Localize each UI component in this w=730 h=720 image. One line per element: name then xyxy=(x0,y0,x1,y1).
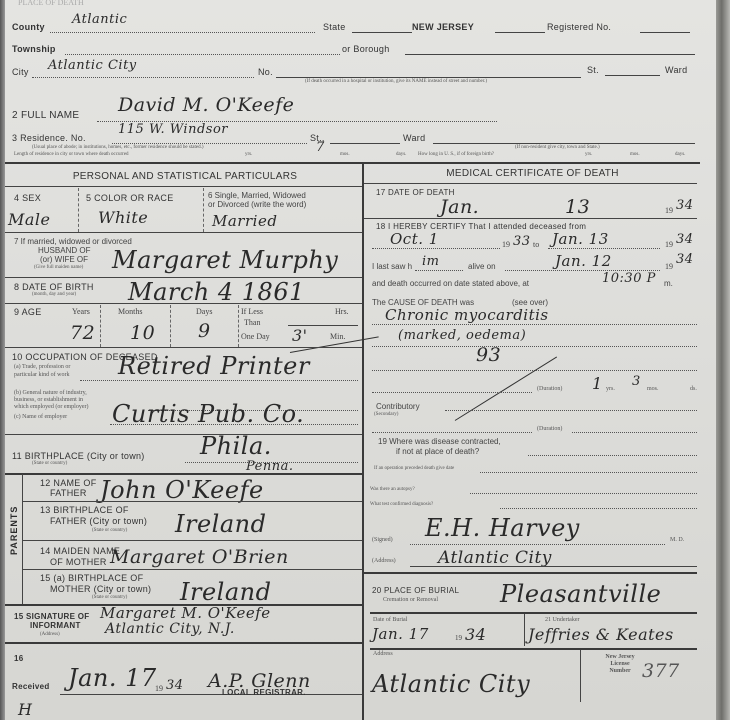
signed-label: (Signed) xyxy=(372,537,393,543)
duration-ds-label: ds. xyxy=(690,386,697,392)
township-label: Township xyxy=(12,44,56,54)
occ-c-value: Curtis Pub. Co. xyxy=(112,400,304,428)
father-bp-value: Ireland xyxy=(175,510,266,538)
duration-mos-label: mos. xyxy=(647,386,659,392)
registered-label: Registered No. xyxy=(547,22,611,32)
length-label: Length of residence in city or town wher… xyxy=(14,152,129,157)
marital-label-2: or Divorced (write the word) xyxy=(208,200,306,209)
burial-place-value: Pleasantville xyxy=(500,580,661,608)
medical-section-title: MEDICAL CERTIFICATE OF DEATH xyxy=(365,168,700,179)
nonresident-note: (If non-resident give city, town and Sta… xyxy=(515,145,600,150)
attended-from-line xyxy=(372,248,500,249)
burial-divider xyxy=(524,614,525,646)
dod-year-prefix: 19 xyxy=(665,206,673,215)
age-months-value: 10 xyxy=(130,322,155,344)
autopsy-line xyxy=(470,493,697,494)
contracted-label-1: 19 Where was disease contracted, xyxy=(378,437,501,446)
alive-on-value: Jan. 12 xyxy=(555,252,612,270)
city-line xyxy=(32,77,254,78)
cause-line-2-rule xyxy=(372,346,697,347)
residence-ward-line xyxy=(433,143,695,144)
contracted-line xyxy=(528,455,697,456)
spouse-label-4: (Give full maiden name) xyxy=(34,265,83,270)
township-line xyxy=(65,54,340,55)
city-label: City xyxy=(12,67,29,77)
last-saw-value: im xyxy=(422,254,440,269)
hospital-note: (If death occurred in a hospital or inst… xyxy=(305,79,487,84)
ward-label: Ward xyxy=(665,65,687,75)
county-label: County xyxy=(12,22,45,32)
column-divider xyxy=(362,164,364,720)
to-label: to xyxy=(533,240,539,249)
attended-to-line xyxy=(548,248,660,249)
attended-to: Jan. 13 xyxy=(552,230,609,248)
birthplace-label: 11 BIRTHPLACE (City or town) xyxy=(12,451,145,461)
row-line-3 xyxy=(5,303,362,304)
min-label: Min. xyxy=(330,332,345,341)
residence-label: 3 Residence. No. xyxy=(12,133,86,143)
state-value: NEW JERSEY xyxy=(412,22,474,32)
duration-yrs-label: yrs. xyxy=(606,386,615,392)
dob-value: March 4 1861 xyxy=(128,278,305,306)
medical-address-line xyxy=(410,566,697,567)
race-label: 5 COLOR OR RACE xyxy=(86,193,174,203)
borough-label: or Borough xyxy=(342,44,390,54)
informant-label-2: INFORMANT xyxy=(30,621,81,630)
burial-place-label-2: Cremation or Removal xyxy=(383,597,438,603)
alive-on-label: alive on xyxy=(468,262,496,271)
age-months-label: Months xyxy=(118,307,142,316)
st-label: St. xyxy=(587,65,599,75)
mother-label-1: 14 MAIDEN NAME xyxy=(40,546,120,556)
length-days-label: days. xyxy=(396,152,406,157)
parents-side-label: PARENTS xyxy=(9,506,19,555)
duration-yrs: 1 xyxy=(592,374,603,393)
age-extra-value: 3' xyxy=(292,326,308,345)
paper-left-edge xyxy=(0,0,5,720)
row-line-6 xyxy=(5,473,362,475)
birthplace-city-value: Phila. xyxy=(200,432,272,460)
informant-name-value: Margaret M. O'Keefe xyxy=(100,604,271,622)
age-years-label: Years xyxy=(72,307,90,316)
occ-b-label-1: (b) General nature of industry, xyxy=(14,390,87,396)
death-time-label: and death occurred on date stated above,… xyxy=(372,279,529,288)
signed-value: E.H. Harvey xyxy=(425,514,580,542)
medical-bottom-line xyxy=(364,572,697,574)
st-line xyxy=(605,75,660,76)
age-days-value: 9 xyxy=(198,320,211,342)
row-line-11 xyxy=(5,642,362,644)
license-label-3: Number xyxy=(590,668,650,674)
spouse-label-2: HUSBAND OF xyxy=(38,246,90,255)
burial-address-value: Atlantic City xyxy=(372,670,530,698)
from-year-prefix: 19 xyxy=(502,240,510,249)
row-line-7 xyxy=(22,501,362,502)
marital-value: Married xyxy=(212,212,277,230)
secondary-label: (Secondary) xyxy=(374,412,398,417)
father-bp-label-1: 13 BIRTHPLACE OF xyxy=(40,505,129,515)
test-label: What test confirmed diagnosis? xyxy=(370,502,433,507)
death-time-suffix: m. xyxy=(664,279,673,288)
sex-race-divider xyxy=(78,188,79,232)
birthplace-sub-label: (State or country) xyxy=(32,461,67,466)
burial-year-prefix: 19 xyxy=(455,634,462,642)
sex-value: Male xyxy=(8,210,51,229)
state-line-a xyxy=(352,32,412,33)
registrar-label: LOCAL REGISTRAR. xyxy=(222,688,306,697)
registered-line xyxy=(640,32,690,33)
age-divider-1 xyxy=(100,305,101,347)
father-bp-label-3: (State or country) xyxy=(92,528,127,533)
medical-address-value: Atlantic City xyxy=(438,548,552,568)
length-mos-label: mos. xyxy=(340,152,350,157)
informant-address-value: Atlantic City, N.J. xyxy=(105,621,235,637)
mother-bp-label-1: 15 (a) BIRTHPLACE OF xyxy=(40,573,143,583)
burial-date-label: Date of Burial xyxy=(373,617,407,623)
parents-side-divider xyxy=(22,474,23,604)
row-line-1 xyxy=(5,232,362,233)
medical-title-line xyxy=(364,183,697,184)
usual-place-note: (Usual place of abode; in institutions, … xyxy=(32,145,203,150)
paper-right-edge xyxy=(716,0,730,720)
medical-address-label: (Address) xyxy=(372,558,396,564)
row-line-9 xyxy=(22,569,362,570)
margin-mark: H xyxy=(18,700,32,719)
spouse-label-1: 7 If married, widowed or divorced xyxy=(14,237,132,246)
duration2-line xyxy=(572,432,697,433)
test-line xyxy=(500,508,697,509)
mother-bp-label-2: MOTHER (City or town) xyxy=(50,584,151,594)
burial-year: 34 xyxy=(465,625,486,644)
state-label: State xyxy=(323,22,346,32)
row-line-5 xyxy=(5,434,362,435)
age-years-value: 72 xyxy=(70,322,95,344)
undertaker-label: 21 Undertaker xyxy=(545,617,580,623)
death-time-value: 10:30 P xyxy=(602,271,656,286)
residence-st-line xyxy=(330,143,400,144)
alive-year: 34 xyxy=(676,252,694,267)
to-year-prefix: 19 xyxy=(665,240,673,249)
spouse-label-3: (or) WIFE OF xyxy=(40,255,88,264)
no-label: No. xyxy=(258,67,273,77)
row-line-4 xyxy=(5,347,362,348)
duration-prefix-line xyxy=(372,392,532,393)
burial-address-label: Address xyxy=(373,651,393,657)
dod-month: Jan. xyxy=(440,196,479,218)
age-divider-2 xyxy=(170,305,171,347)
occ-b-label-3: which employed (or employer) xyxy=(14,404,88,410)
contracted-label-2: if not at place of death? xyxy=(396,447,479,456)
burial-place-line xyxy=(370,612,697,614)
state-line-b xyxy=(495,32,545,33)
received-year: 34 xyxy=(166,678,184,693)
cause-line-2: (marked, oedema) xyxy=(398,328,526,343)
duration-label: (Duration) xyxy=(537,386,562,392)
attended-from: Oct. 1 xyxy=(390,230,439,248)
burial-date-value: Jan. 17 xyxy=(372,625,429,643)
us-mos-label: mos. xyxy=(630,152,640,157)
occ-a-label-1: (a) Trade, profession or xyxy=(14,364,70,370)
race-marital-divider xyxy=(203,188,204,232)
occ-b-label-2: business, or establishment in xyxy=(14,397,83,403)
full-name-value: David M. O'Keefe xyxy=(118,94,294,116)
duration2-prefix-line xyxy=(372,432,532,433)
mother-bp-value: Ireland xyxy=(180,578,271,606)
dob-sub-label: (month, day and year) xyxy=(32,292,76,297)
alive-year-prefix: 19 xyxy=(665,262,673,271)
duration2-label: (Duration) xyxy=(537,426,562,432)
received-line xyxy=(60,694,362,695)
last-saw-label: I last saw h xyxy=(372,262,412,271)
age-days-label: Days xyxy=(196,307,212,316)
occ-a-line xyxy=(80,380,358,381)
marital-label-1: 6 Single, Married, Widowed xyxy=(208,191,306,200)
informant-label-1: 15 SIGNATURE OF xyxy=(14,612,89,621)
md-label: M. D. xyxy=(670,537,684,543)
last-saw-line xyxy=(415,270,463,271)
age-divider-3 xyxy=(238,305,239,347)
spouse-value: Margaret Murphy xyxy=(112,246,338,274)
received-date: Jan. 17 xyxy=(68,664,157,692)
length-years-value: 7 xyxy=(316,140,325,155)
contributory-line xyxy=(445,410,697,411)
faded-title: PLACE OF DEATH xyxy=(18,0,84,7)
age-label: 9 AGE xyxy=(14,307,42,317)
occ-a-value: Retired Printer xyxy=(118,352,310,380)
license-value: 377 xyxy=(642,660,680,682)
mother-bp-label-3: (State or country) xyxy=(92,595,127,600)
from-year: 33 xyxy=(513,234,531,249)
us-days-label: days. xyxy=(675,152,685,157)
operation-label: If an operation preceded death give date xyxy=(374,466,454,471)
license-label-1: New Jersey xyxy=(590,654,650,660)
mother-label-2: OF MOTHER xyxy=(50,557,107,567)
row-line-8 xyxy=(22,540,362,541)
residence-ward-label: Ward xyxy=(403,133,425,143)
contributory-label: Contributory xyxy=(376,402,420,411)
father-bp-label-2: FATHER (City or town) xyxy=(50,516,147,526)
cause-line-1: Chronic myocarditis xyxy=(385,306,549,324)
county-line xyxy=(50,32,315,33)
city-value: Atlantic City xyxy=(48,58,137,73)
to-year: 34 xyxy=(676,232,694,247)
dob-label: 8 DATE OF BIRTH xyxy=(14,282,94,292)
full-name-label: 2 FULL NAME xyxy=(12,110,79,121)
license-label-2: License xyxy=(590,661,650,667)
sex-label: 4 SEX xyxy=(14,193,41,203)
birthplace-state-value: Penna. xyxy=(246,459,293,474)
dod-day: 13 xyxy=(565,196,590,218)
signed-line xyxy=(410,544,665,545)
informant-label-3: (Address) xyxy=(40,632,60,637)
undertaker-line xyxy=(370,648,697,650)
father-value: John O'Keefe xyxy=(100,476,264,504)
borough-line xyxy=(405,54,695,55)
personal-section-title: PERSONAL AND STATISTICAL PARTICULARS xyxy=(10,171,360,182)
less-label-1: If Less xyxy=(241,307,263,316)
license-divider xyxy=(580,650,581,702)
duration-mos: 3 xyxy=(632,374,641,389)
father-label-2: FATHER xyxy=(50,488,87,498)
residence-value: 115 W. Windsor xyxy=(118,122,228,137)
autopsy-label: Was there an autopsy? xyxy=(370,487,415,492)
mother-value: Margaret O'Brien xyxy=(110,546,289,568)
hrs-label: Hrs. xyxy=(335,307,349,316)
occ-a-label-2: particular kind of work xyxy=(14,372,69,378)
header-divider xyxy=(5,162,700,164)
cause-code: 93 xyxy=(476,344,501,366)
received-label: Received xyxy=(12,682,50,691)
less-label-2: Than xyxy=(244,318,260,327)
received-year-prefix: 19 xyxy=(155,684,163,693)
father-label-1: 12 NAME OF xyxy=(40,478,97,488)
us-yrs-label: yrs. xyxy=(585,152,592,157)
no-line xyxy=(276,77,581,78)
residence-line xyxy=(112,143,307,144)
personal-title-line xyxy=(5,186,362,187)
occ-c-label: (c) Name of employer xyxy=(14,414,67,420)
operation-line xyxy=(480,472,697,473)
how-long-label: How long in U. S., if of foreign birth? xyxy=(418,152,494,157)
race-value: White xyxy=(98,208,148,227)
less-label-3: One Day xyxy=(241,332,270,341)
cause-line-1-rule xyxy=(372,324,697,325)
length-yrs-label: yrs. xyxy=(245,152,252,157)
burial-place-label-1: 20 PLACE OF BURIAL xyxy=(372,586,459,595)
county-value: Atlantic xyxy=(72,12,127,27)
field-16-label: 16 xyxy=(14,654,24,663)
medical-row-line-1 xyxy=(364,218,697,219)
undertaker-value: Jeffries & Keates xyxy=(528,625,674,644)
dod-year: 34 xyxy=(676,198,694,213)
